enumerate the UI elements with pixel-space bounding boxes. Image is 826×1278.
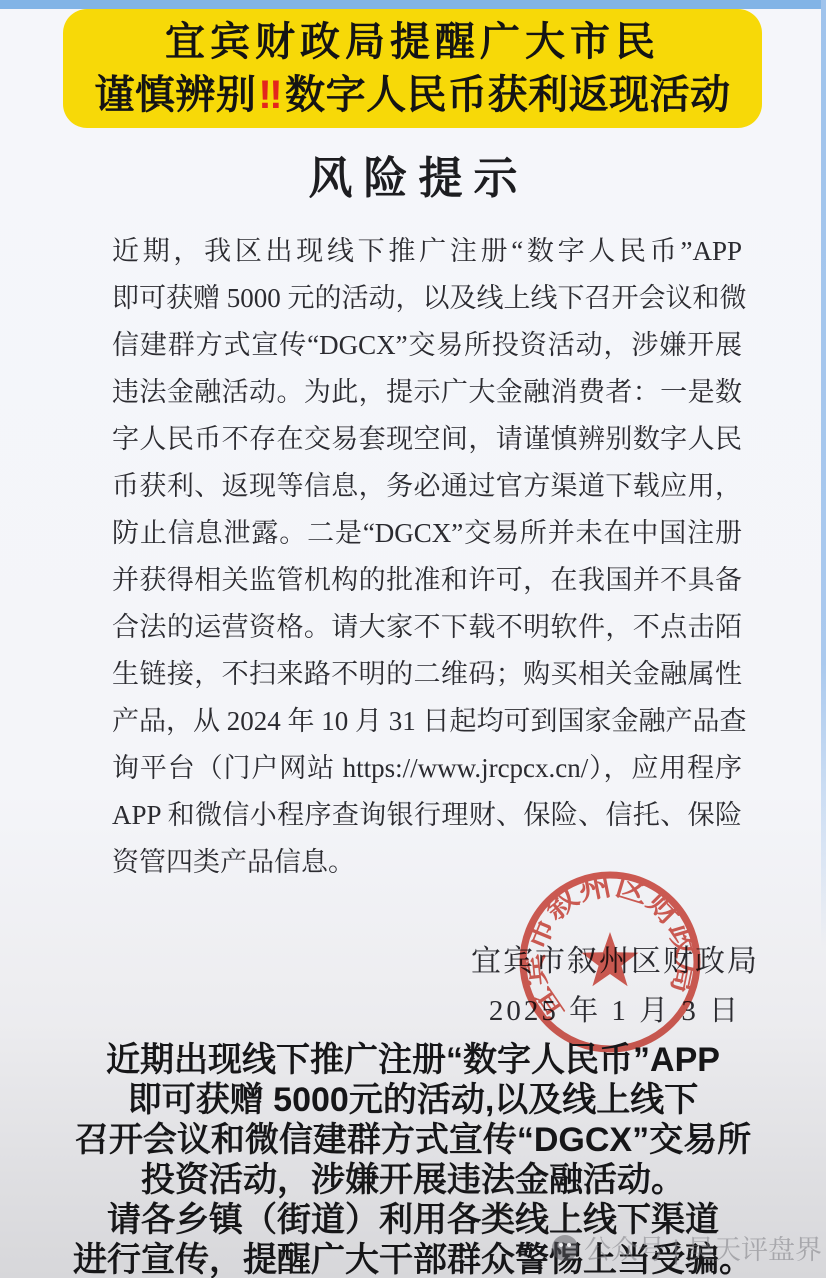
- official-seal: 宜宾市叙州区财政局: [515, 867, 705, 1057]
- summary-line: 召开会议和微信建群方式宣传“DGCX”交易所: [0, 1120, 826, 1160]
- notice-body-line: APP 和微信小程序查询银行理财、保险、信托、保险: [112, 792, 742, 839]
- headline-line2-suffix: 数字人民币获利返现活动: [285, 73, 731, 117]
- headline-banner: 宜宾财政局提醒广大市民 谨慎辨别‼数字人民币获利返现活动: [63, 9, 762, 128]
- watermark-label: 公众号 | 昊天评盘界: [584, 1228, 822, 1267]
- notice-poster: 宜宾财政局提醒广大市民 谨慎辨别‼数字人民币获利返现活动 风 险 提 示 近期，…: [0, 0, 826, 1278]
- notice-body-line: 即可获赠 5000 元的活动，以及线上线下召开会议和微: [112, 275, 742, 322]
- notice-body-line: 防止信息泄露。二是“DGCX”交易所并未在中国注册: [112, 510, 742, 557]
- top-border-strip: [0, 0, 826, 9]
- notice-body-line: 信建群方式宣传“DGCX”交易所投资活动，涉嫌开展: [112, 322, 742, 369]
- notice-body-line: 产品，从 2024 年 10 月 31 日起均可到国家金融产品查: [112, 698, 742, 745]
- notice-body-line: 字人民币不存在交易套现空间，请谨慎辨别数字人民: [112, 416, 742, 463]
- notice-body-line: 违法金融活动。为此，提示广大金融消费者：一是数: [112, 369, 742, 416]
- double-exclamation-icon: ‼: [256, 73, 285, 117]
- watermark: 公众号 | 昊天评盘界: [552, 1228, 822, 1267]
- summary-line: 投资活动，涉嫌开展违法金融活动。: [0, 1160, 826, 1200]
- headline-line2-prefix: 谨慎辨别: [94, 73, 256, 117]
- notice-body-line: 询平台（门户网站 https://www.jrcpcx.cn/），应用程序: [112, 745, 742, 792]
- notice-body-line: 币获利、返现等信息，务必通过官方渠道下载应用，: [112, 463, 742, 510]
- headline-line1: 宜宾财政局提醒广大市民: [165, 16, 660, 68]
- notice-body-paragraph: 近期，我区出现线下推广注册“数字人民币”APP 即可获赠 5000 元的活动，以…: [112, 228, 742, 886]
- seal-star-icon: [582, 932, 639, 986]
- headline-line2: 谨慎辨别‼数字人民币获利返现活动: [94, 68, 730, 122]
- document-title: 风 险 提 示: [0, 142, 826, 206]
- summary-line: 即可获赠 5000元的活动,以及线上线下: [0, 1080, 826, 1120]
- wechat-icon: [552, 1235, 578, 1261]
- notice-body-line: 近期，我区出现线下推广注册“数字人民币”APP: [112, 228, 742, 275]
- notice-body-line: 合法的运营资格。请大家不下载不明软件，不点击陌: [112, 604, 742, 651]
- notice-body-line: 生链接，不扫来路不明的二维码；购买相关金融属性: [112, 651, 742, 698]
- summary-line: 近期出现线下推广注册“数字人民币”APP: [0, 1040, 826, 1080]
- notice-body-line: 并获得相关监管机构的批准和许可，在我国并不具备: [112, 557, 742, 604]
